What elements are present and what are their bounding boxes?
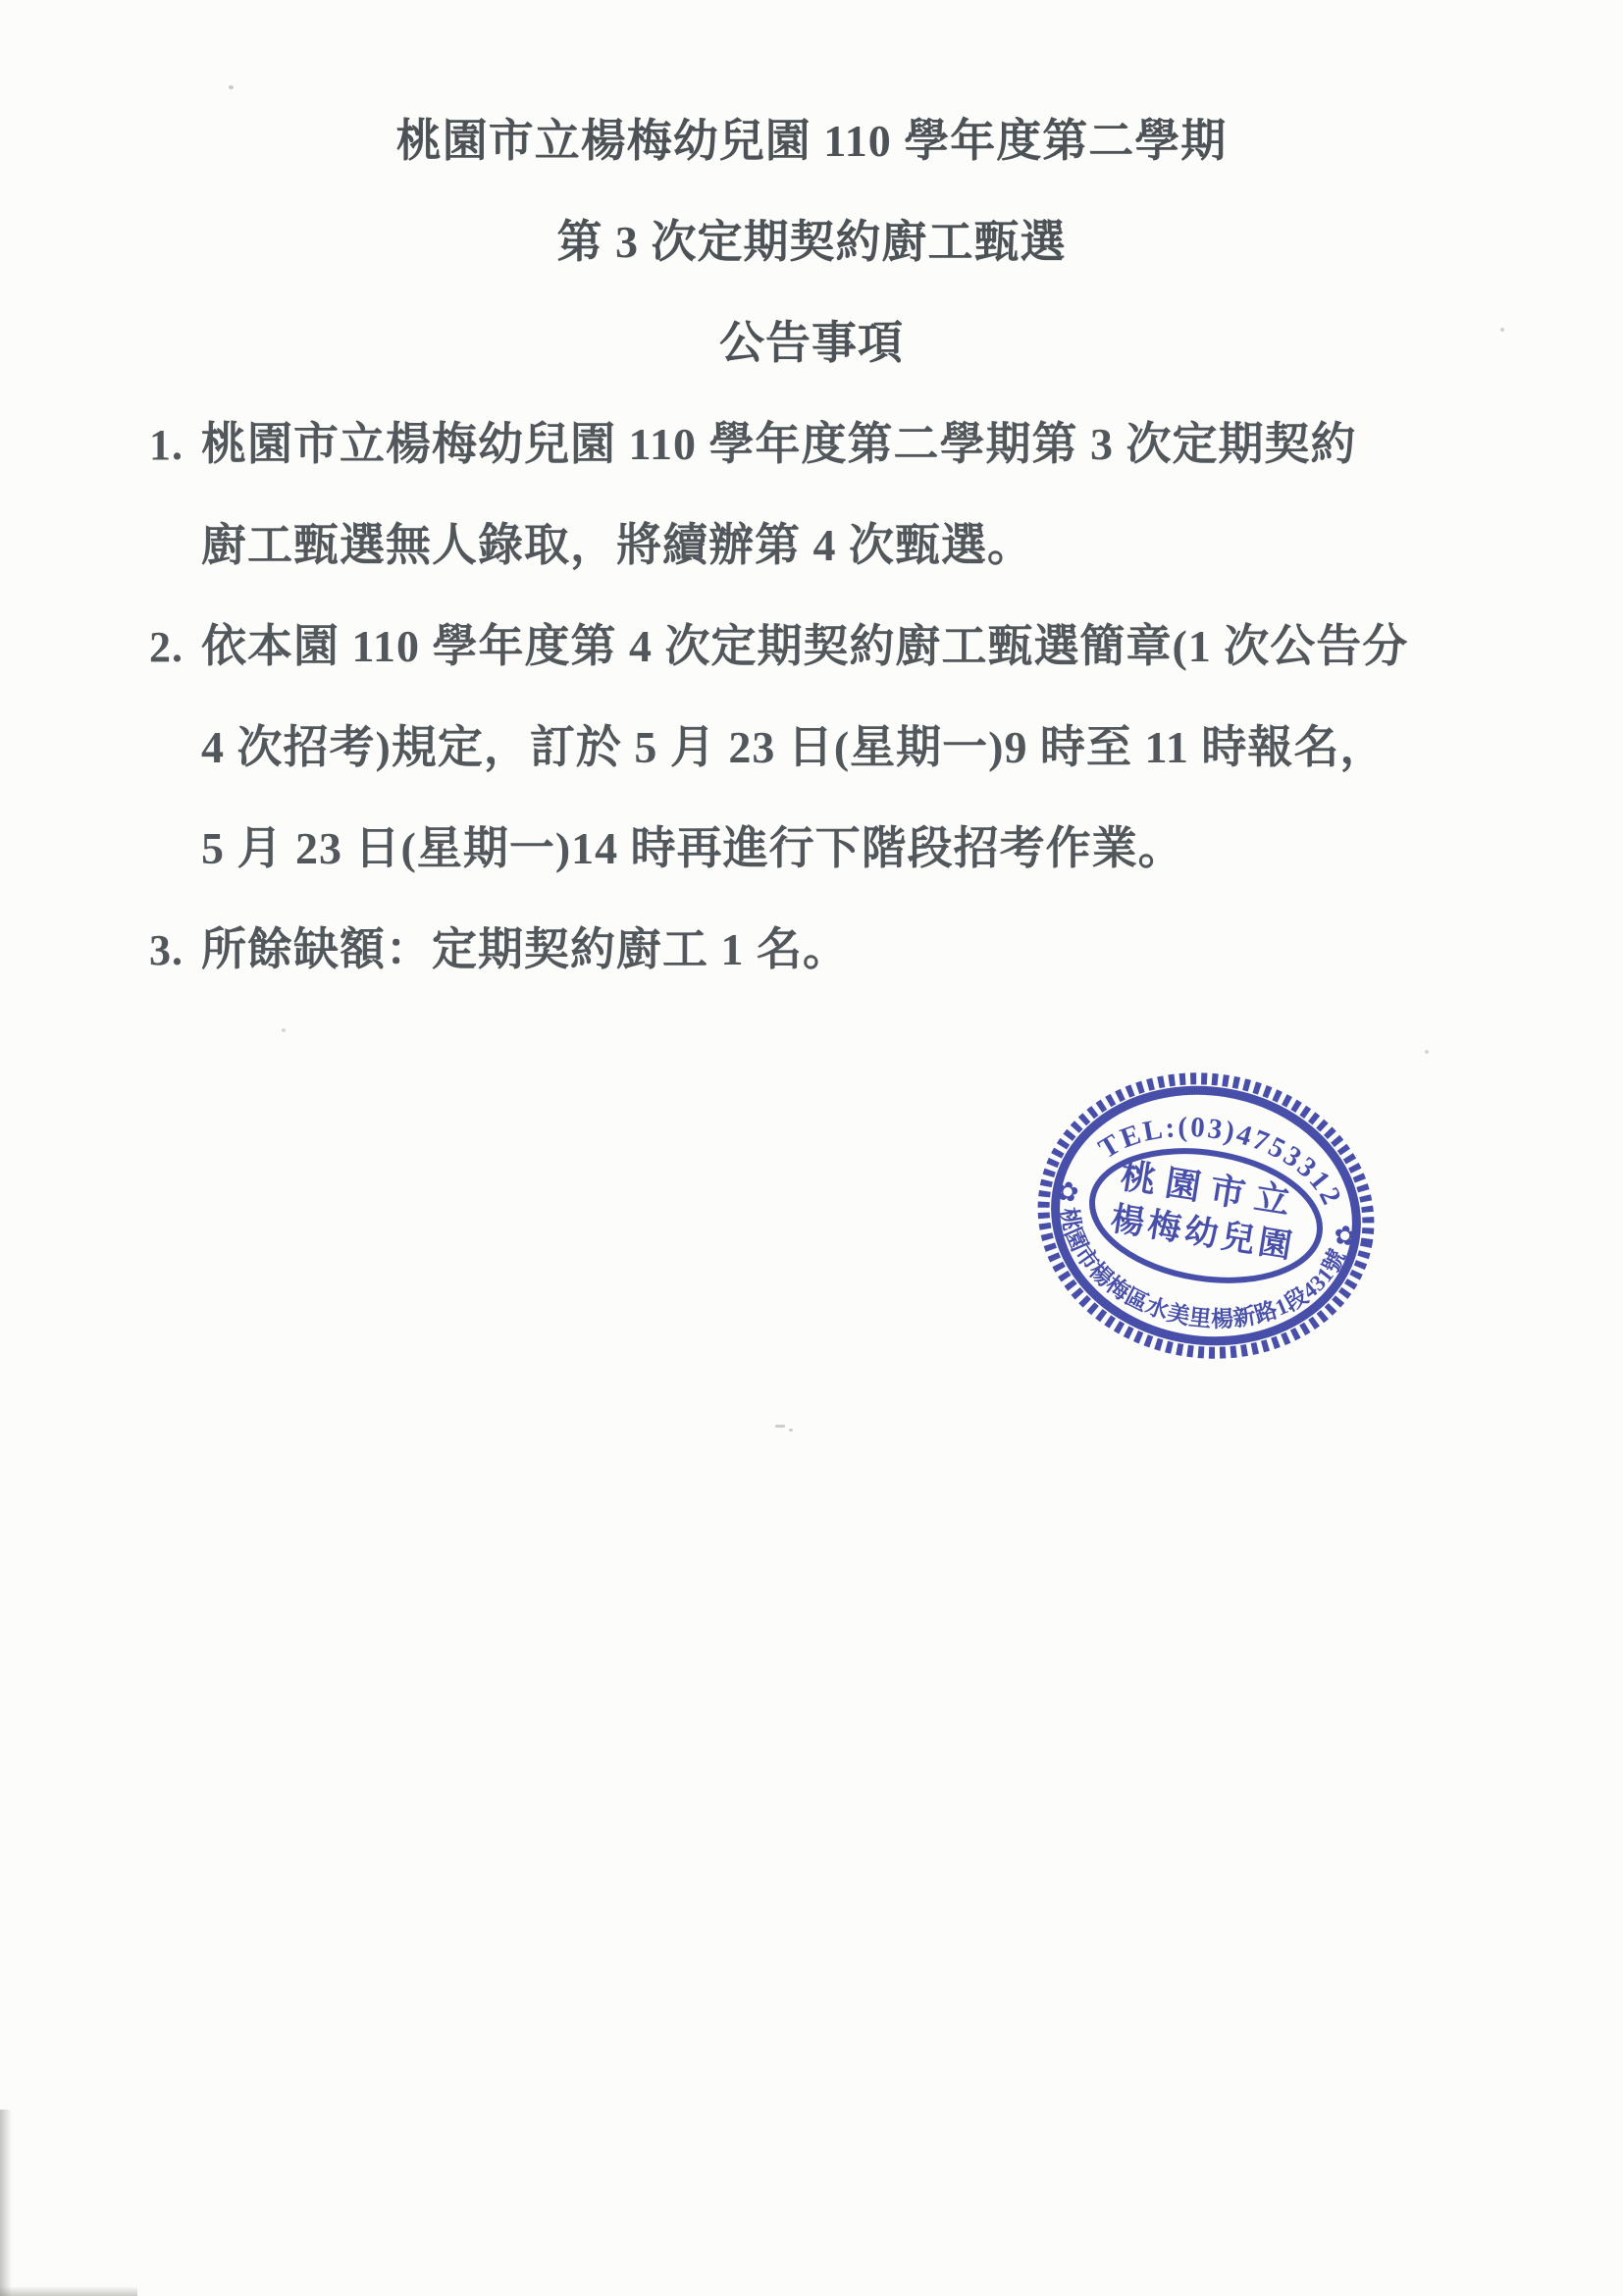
announcement-item-3: 3.所餘缺額：定期契約廚工 1 名。 — [0, 899, 1623, 1000]
scan-artifact — [1425, 1050, 1429, 1054]
item-text: 所餘缺額：定期契約廚工 1 名。 — [201, 924, 849, 974]
item-text: 桃園市立楊梅幼兒園 110 學年度第二學期第 3 次定期契約 — [201, 419, 1356, 469]
document-title-block: 桃園市立楊梅幼兒園 110 學年度第二學期 第 3 次定期契約廚工甄選 公告事項 — [0, 0, 1623, 393]
title-line-announcement-heading: 公告事項 — [0, 292, 1623, 393]
seal-graphic: TEL:(03)4753312 桃園市楊梅區水美里楊新路1段431號 ✿ ✿ 桃… — [1007, 1040, 1404, 1392]
scan-artifact — [789, 1429, 793, 1432]
plum-blossom-icon: ✿ — [1332, 1220, 1358, 1252]
item-number: 3. — [149, 900, 201, 1001]
announcement-item-1: 1.桃園市立楊梅幼兒園 110 學年度第二學期第 3 次定期契約 廚工甄選無人錄… — [0, 393, 1623, 596]
item-number: 1. — [149, 394, 201, 496]
item-line: 5 月 23 日(星期一)14 時再進行下階段招考作業。 — [201, 798, 1623, 899]
item-number: 2. — [149, 597, 201, 698]
item-text: 依本園 110 學年度第 4 次定期契約廚工甄選簡章(1 次公告分 — [201, 621, 1408, 671]
item-line: 3.所餘缺額：定期契約廚工 1 名。 — [201, 899, 1623, 1000]
item-line: 廚工甄選無人錄取，將續辦第 4 次甄選。 — [201, 495, 1623, 596]
item-line: 2.依本園 110 學年度第 4 次定期契約廚工甄選簡章(1 次公告分 — [201, 596, 1623, 697]
scan-artifact — [229, 85, 234, 89]
scan-artifact — [775, 1425, 785, 1428]
announcement-body: 1.桃園市立楊梅幼兒園 110 學年度第二學期第 3 次定期契約 廚工甄選無人錄… — [0, 393, 1623, 1000]
title-line-selection-round: 第 3 次定期契約廚工甄選 — [0, 191, 1623, 292]
title-line-school-year: 桃園市立楊梅幼兒園 110 學年度第二學期 — [0, 90, 1623, 191]
item-line: 1.桃園市立楊梅幼兒園 110 學年度第二學期第 3 次定期契約 — [201, 393, 1623, 495]
scan-artifact — [1500, 328, 1504, 332]
plum-blossom-icon: ✿ — [1055, 1175, 1081, 1208]
scan-artifact — [282, 1028, 286, 1032]
announcement-item-2: 2.依本園 110 學年度第 4 次定期契約廚工甄選簡章(1 次公告分 4 次招… — [0, 596, 1623, 899]
scan-edge-shadow — [0, 2286, 137, 2296]
item-line: 4 次招考)規定，訂於 5 月 23 日(星期一)9 時至 11 時報名， — [201, 697, 1623, 798]
scan-edge-shadow — [0, 2110, 12, 2296]
scanned-announcement-page: 桃園市立楊梅幼兒園 110 學年度第二學期 第 3 次定期契約廚工甄選 公告事項… — [0, 0, 1623, 2296]
official-seal-stamp: TEL:(03)4753312 桃園市楊梅區水美里楊新路1段431號 ✿ ✿ 桃… — [1007, 1040, 1404, 1392]
